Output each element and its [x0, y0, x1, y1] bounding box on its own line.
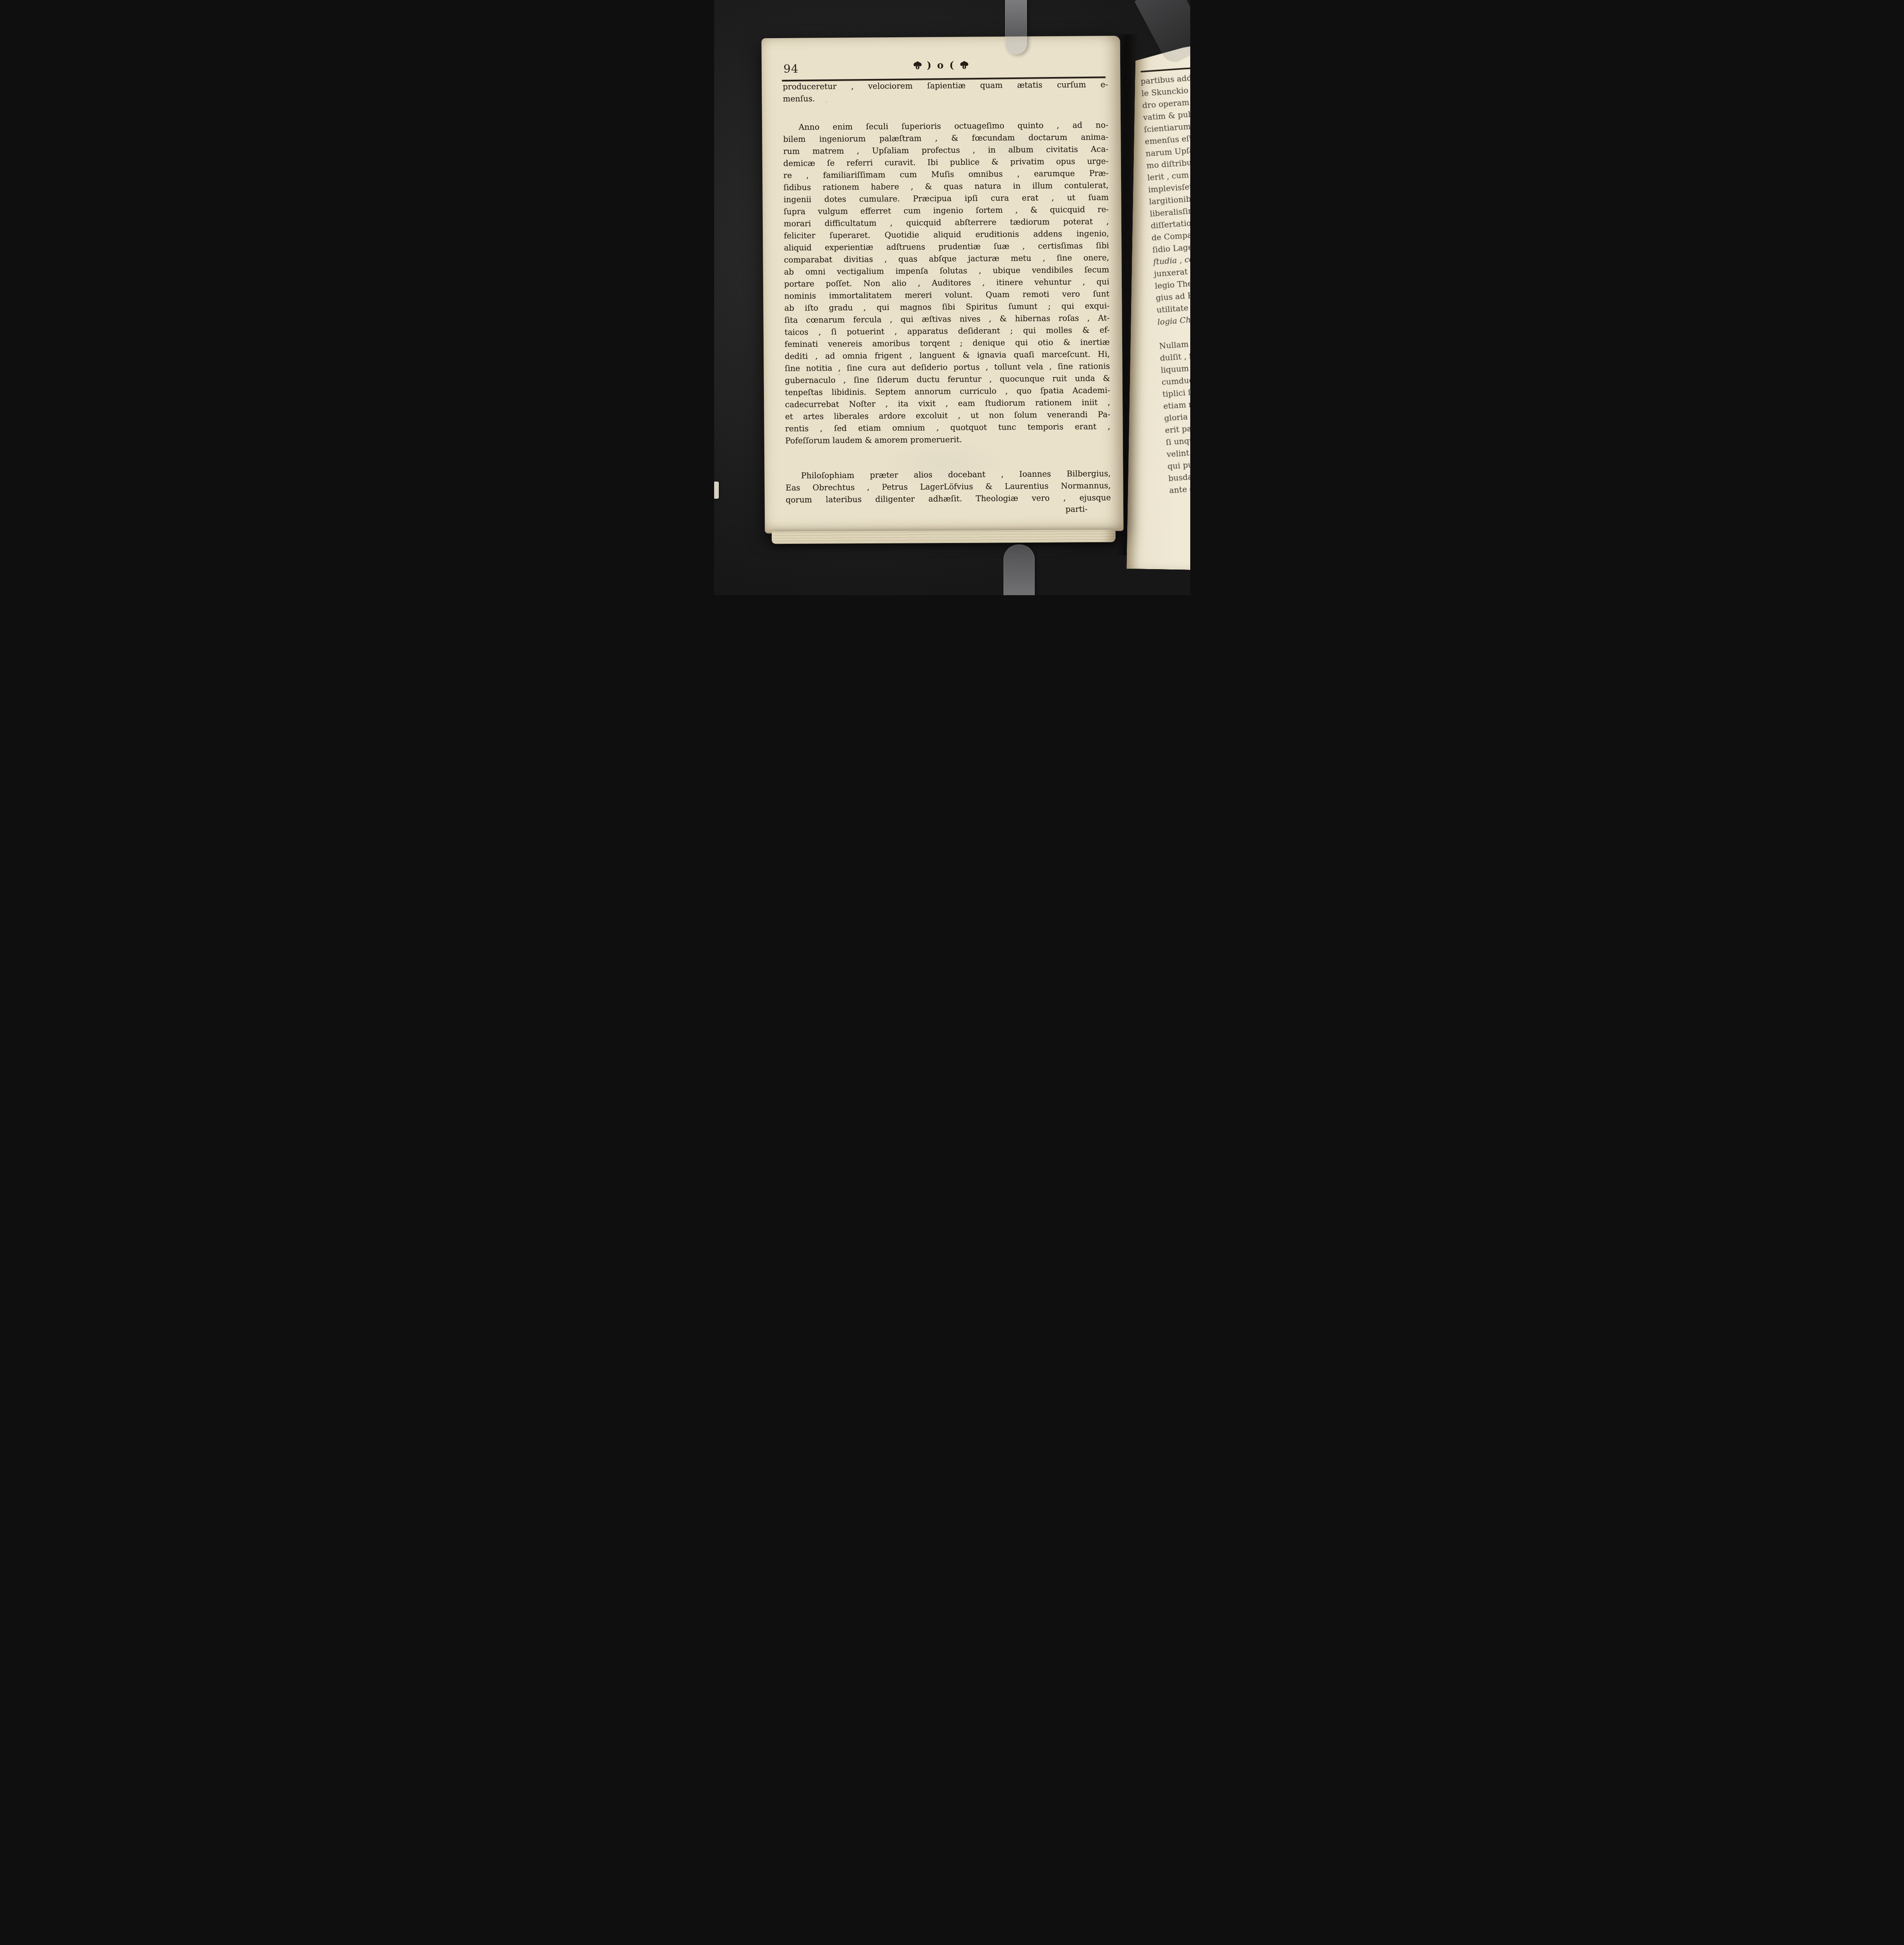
- scanned-book-photo: partibus addiſcendle Skunckio ,dro opera…: [714, 0, 1190, 595]
- text-line: produceretur , velociorem ſapientiæ quam…: [783, 79, 1108, 93]
- book-page-right: partibus addiſcendle Skunckio ,dro opera…: [1126, 40, 1190, 570]
- right-page-text-column: partibus addiſcendle Skunckio ,dro opera…: [1140, 65, 1190, 497]
- header-ornament: ) o (: [761, 58, 1120, 72]
- text-line: rentis , ſed etiam omnium , quotquot tun…: [785, 421, 1110, 435]
- header-ornament-text: ) o (: [927, 60, 955, 71]
- fleuron-right-icon: [959, 60, 969, 70]
- glass-strap-bottom: [1004, 545, 1035, 595]
- paragraph-3: Philoſophiam præter alios docebant , Ioa…: [785, 468, 1111, 506]
- paragraph-1: produceretur , velociorem ſapientiæ quam…: [783, 79, 1108, 105]
- text-line: qorum lateribus diligenter adhæſit. Theo…: [785, 492, 1111, 506]
- paragraph-2: Anno enim ſeculi ſuperioris octuageſimo …: [783, 119, 1111, 447]
- book-page-left: 94 ) o ( produceretur , velociorem ſapie…: [761, 36, 1123, 533]
- text-line: menſus.: [783, 91, 1108, 105]
- right-page-lines: partibus addiſcendle Skunckio ,dro opera…: [1140, 69, 1190, 497]
- right-page-header-rule: [1140, 66, 1190, 72]
- text-line: Pofeſſorum laudem & amorem promeruerit.: [785, 433, 1110, 447]
- glass-strap-top: [1005, 0, 1027, 54]
- fleuron-left-icon: [912, 60, 922, 70]
- page-marker-tab: [714, 482, 719, 499]
- page-bottom-edges: [771, 530, 1115, 544]
- catchword: parti-: [1065, 504, 1088, 513]
